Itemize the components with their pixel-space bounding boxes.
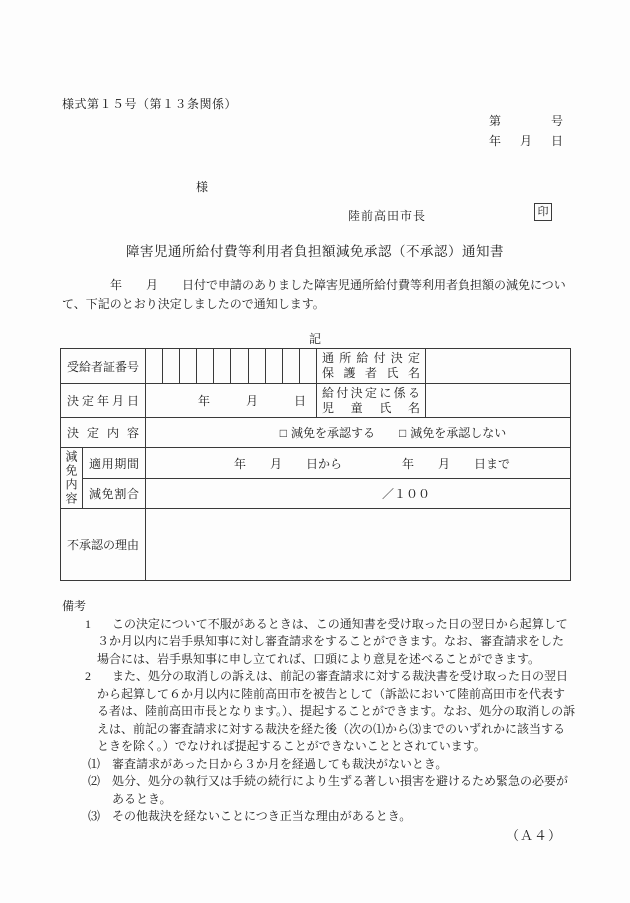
issue-date-line: 年 月 日 [489,131,563,151]
issue-date-month: 月 [520,131,532,151]
note-subitem: ⑴ 審査請求があった日から３か月を経過しても裁決がないとき。 [112,756,576,774]
cert-no-digit-cell[interactable] [230,349,247,383]
cert-no-digit-cell[interactable] [282,349,299,383]
guardian-name-field[interactable] [426,349,571,384]
note-item: 1 この決定について不服があるときは、この通知書を受け取った日の翌日から起算して… [97,616,576,669]
issue-no-suffix: 号 [551,111,563,131]
note-subitem: ⑶ その他裁決を経ないことにつき正当な理由があるとき。 [112,808,576,826]
approve-checkbox-icon[interactable]: □ [280,426,287,440]
reduction-group-label: 減免内容 [61,448,83,509]
body-paragraph: 年 月 日付で申請のありました障害児通所給付費等利用者負担額の減免について、下記… [62,276,574,313]
issue-date-year: 年 [489,131,501,151]
notes-heading: 備考 [62,598,576,616]
note-subitem-text: その他裁決を経ないことにつき正当な理由があるとき。 [112,809,411,823]
issue-no-prefix: 第 [489,111,501,131]
document-title: 障害児通所給付費等利用者負担額減免承認（不承認）通知書 [0,240,630,260]
cert-no-digit-cell[interactable] [196,349,213,383]
deny-checkbox-icon[interactable]: □ [399,426,406,440]
issue-number-block: 第 号 年 月 日 [489,111,563,151]
note-item-text: この決定について不服があるときは、この通知書を受け取った日の翌日から起算して３か… [97,617,568,666]
note-subitem-text: 処分、処分の執行又は手続の続行により生ずる著しい損害を避けるため緊急の必要がある… [112,774,568,806]
issue-number-line: 第 号 [489,111,563,131]
note-item-number: 2 [85,668,91,686]
guardian-name-label: 通所給付決定 保護者氏名 [317,349,426,384]
issue-date-day: 日 [551,131,563,151]
decision-content-options: □ 減免を承認する □ 減免を承認しない [146,418,571,448]
cert-no-digit-cell[interactable] [265,349,282,383]
approve-option-label: 減免を承認する [291,426,375,440]
child-name-label: 給付決定に係る 児童氏名 [317,384,426,418]
document-page: 様式第１５号（第１３条関係） 第 号 年 月 日 様 陸前高田市長 印 障害児通… [0,0,630,903]
note-item-text: また、処分の取消しの訴えは、前記の審査請求に対する裁決書を受け取った日の翌日から… [97,669,575,753]
ratio-label: 減免割合 [83,479,146,509]
note-item: 2 また、処分の取消しの訴えは、前記の審査請求に対する裁決書を受け取った日の翌日… [97,668,576,756]
decision-date-field[interactable]: 年 月 日 [146,384,317,418]
seal-mark: 印 [534,203,552,221]
form-number: 様式第１５号（第１３条関係） [62,95,237,112]
denial-reason-label: 不承認の理由 [61,509,146,581]
period-label: 適用期間 [83,448,146,479]
child-name-field[interactable] [426,384,571,418]
note-subitem-text: 審査請求があった日から３か月を経過しても裁決がないとき。 [112,757,447,771]
decision-date-label: 決定年月日 [61,384,146,418]
period-field[interactable]: 年 月 日から 年 月 日まで [146,448,571,479]
recipient-cert-no-digit-boxes[interactable] [146,349,317,384]
addressee-honorific: 様 [196,178,208,195]
cert-no-digit-cell[interactable] [146,349,162,383]
deny-option-label: 減免を承認しない [410,426,506,440]
option-approve[interactable]: □ 減免を承認する [280,424,375,441]
decision-table: 受給者証番号 通所給付決定 保護者氏名 決定年月日 年 月 日 給付決定に係る … [60,348,571,581]
notes-section: 備考 1 この決定について不服があるときは、この通知書を受け取った日の翌日から起… [62,598,576,826]
note-subitem-number: ⑴ [88,756,100,774]
denial-reason-field[interactable] [146,509,571,581]
option-deny[interactable]: □ 減免を承認しない [399,424,506,441]
note-item-number: 1 [85,616,91,634]
cert-no-digit-cell[interactable] [213,349,230,383]
recipient-cert-no-label: 受給者証番号 [61,349,146,384]
cert-no-digit-cell[interactable] [162,349,179,383]
record-marker: 記 [0,330,630,347]
cert-no-digit-cell[interactable] [179,349,196,383]
note-subitem-number: ⑶ [88,808,100,826]
paper-size-note: （Ａ４） [506,825,562,844]
cert-no-digit-cell[interactable] [248,349,265,383]
decision-content-label: 決定内容 [61,418,146,448]
note-subitem-number: ⑵ [88,773,100,791]
note-subitem: ⑵ 処分、処分の執行又は手続の続行により生ずる著しい損害を避けるため緊急の必要が… [112,773,576,808]
issuer-name: 陸前高田市長 [348,207,426,224]
ratio-field[interactable]: ／１００ [146,479,571,509]
cert-no-digit-cell[interactable] [299,349,316,383]
